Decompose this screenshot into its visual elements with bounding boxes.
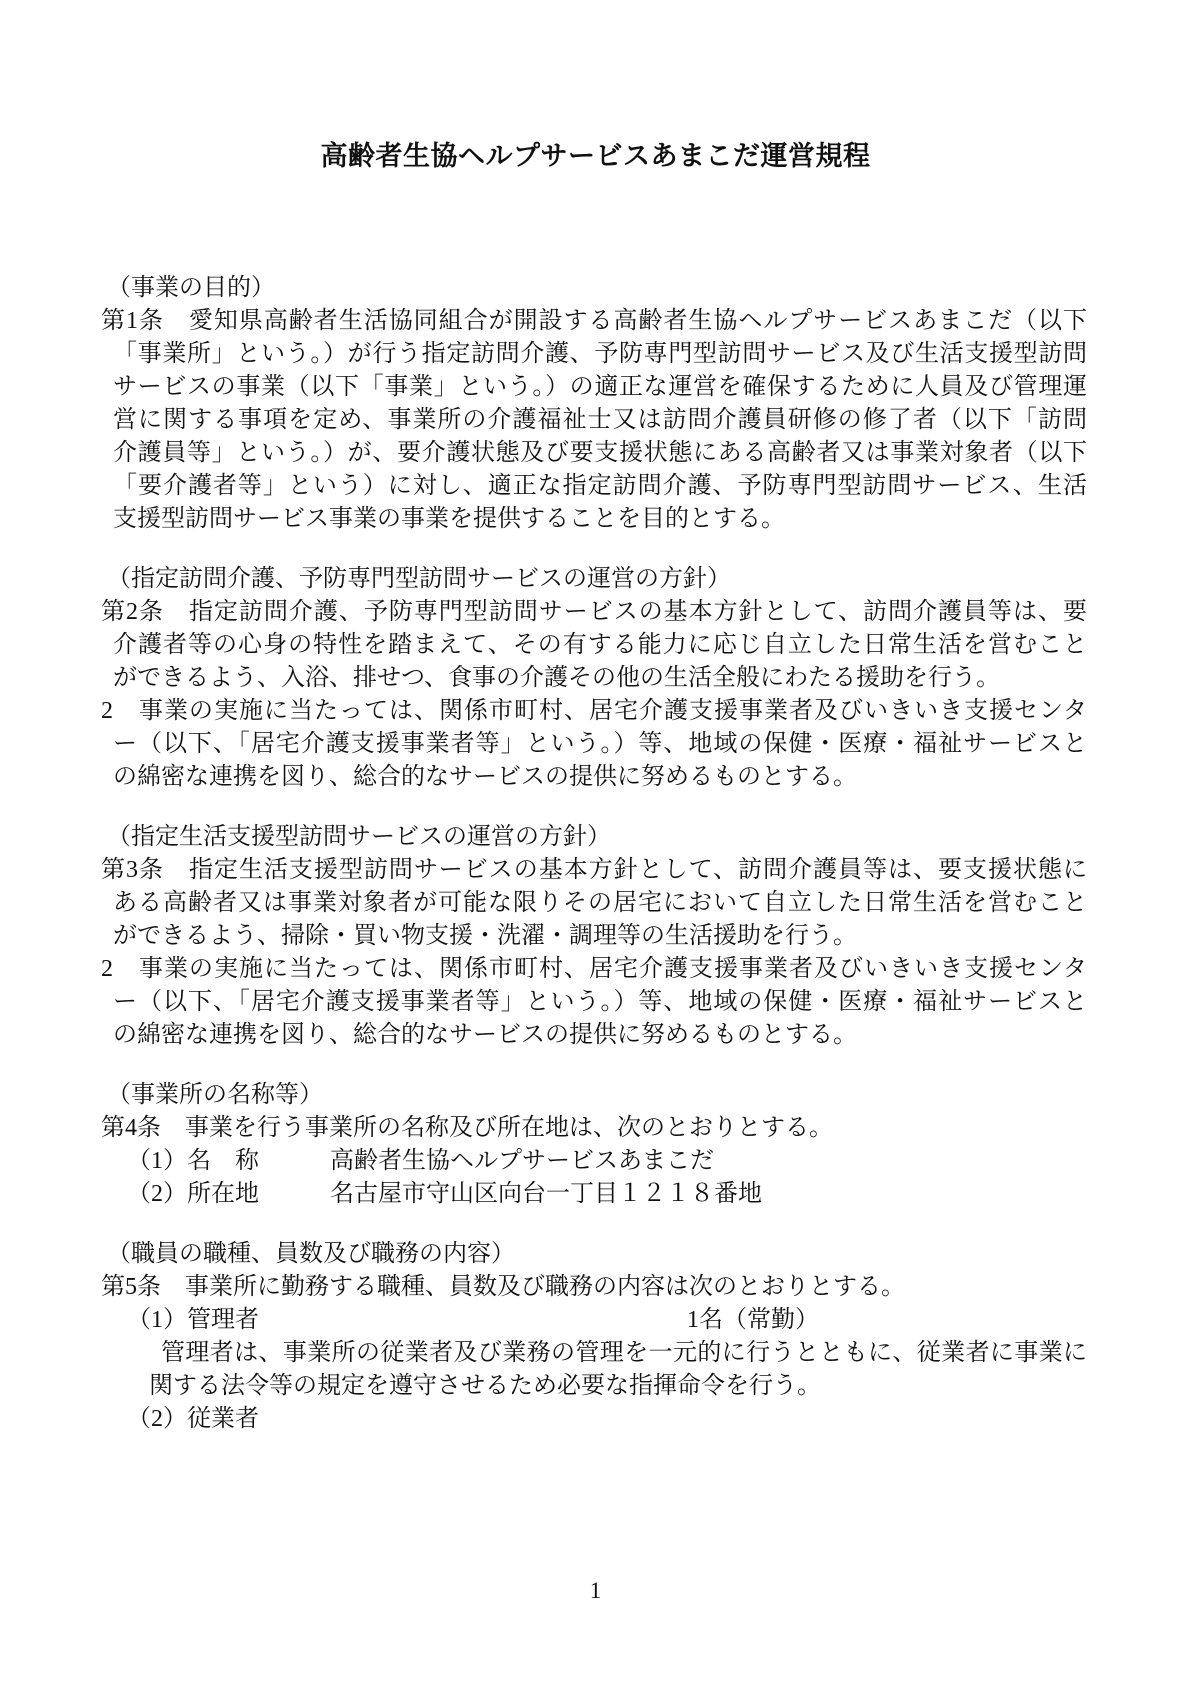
item-row: （1）名 称高齢者生協ヘルプサービスあまこだ xyxy=(127,1145,1087,1178)
section: （事業所の名称等）第4条 事業を行う事業所の名称及び所在地は、次のとおりとする。… xyxy=(101,1079,1087,1211)
item-row: （2）所在地名古屋市守山区向台一丁目１２１８番地 xyxy=(127,1178,1087,1211)
text-line: 管理者は、事業所の従業者及び業務の管理を一元的に行うとともに、従業者に事業に xyxy=(161,1337,1087,1370)
text-line: 第4条 事業を行う事業所の名称及び所在地は、次のとおりとする。 xyxy=(101,1112,1087,1145)
item-value: 1名（常勤） xyxy=(687,1307,819,1333)
section-heading: （事業所の名称等） xyxy=(107,1079,1087,1112)
text-line: 介護者等の心身の特性を踏まえて、その有する能力に応じ自立した日常生活を営むこと xyxy=(113,629,1087,662)
page-number: 1 xyxy=(0,1576,1191,1606)
text-line: 第3条 指定生活支援型訪問サービスの基本方針として、訪問介護員等は、要支援状態に xyxy=(101,854,1087,887)
text-line: 関する法令等の規定を遵守させるため必要な指揮命令を行う。 xyxy=(149,1370,1087,1403)
text-line: の綿密な連携を図り、総合的なサービスの提供に努めるものとする。 xyxy=(113,1019,1087,1052)
text-line: の綿密な連携を図り、総合的なサービスの提供に努めるものとする。 xyxy=(113,761,1087,794)
item-label: （1）管理者 xyxy=(127,1304,687,1337)
text-line: ー（以下、「居宅介護支援事業者等」という。）等、地域の保健・医療・福祉サービスと xyxy=(113,728,1087,761)
text-line: 2 事業の実施に当たっては、関係市町村、居宅介護支援事業者及びいきいき支援センタ xyxy=(101,953,1087,986)
text-line: 「要介護者等」という）に対し、適正な指定訪問介護、予防専門型訪問サービス、生活 xyxy=(113,470,1087,503)
document-title: 高齢者生協ヘルプサービスあまこだ運営規程 xyxy=(0,136,1191,176)
item-value: 名古屋市守山区向台一丁目１２１８番地 xyxy=(330,1181,762,1207)
text-line: 「事業所」という。）が行う指定訪問介護、予防専門型訪問サービス及び生活支援型訪問 xyxy=(113,338,1087,371)
text-line: ー（以下、「居宅介護支援事業者等」という。）等、地域の保健・医療・福祉サービスと xyxy=(113,986,1087,1019)
document-page: 高齢者生協ヘルプサービスあまこだ運営規程 （事業の目的）第1条 愛知県高齢者生活… xyxy=(0,0,1191,1684)
text-line: （2）従業者 xyxy=(127,1403,1087,1436)
text-line: ができるよう、掃除・買い物支援・洗濯・調理等の生活援助を行う。 xyxy=(113,920,1087,953)
section-heading: （指定訪問介護、予防専門型訪問サービスの運営の方針） xyxy=(107,563,1087,596)
section: （指定生活支援型訪問サービスの運営の方針）第3条 指定生活支援型訪問サービスの基… xyxy=(101,821,1087,1052)
item-value: 高齢者生協ヘルプサービスあまこだ xyxy=(330,1148,714,1174)
section-heading: （職員の職種、員数及び職務の内容） xyxy=(107,1238,1087,1271)
text-line: 介護員等」という。）が、要介護状態及び要支援状態にある高齢者又は事業対象者（以下 xyxy=(113,437,1087,470)
section-heading: （事業の目的） xyxy=(107,272,1087,305)
item-label: （1）名 称 xyxy=(127,1145,330,1178)
text-line: サービスの事業（以下「事業」という。）の適正な運営を確保するために人員及び管理運 xyxy=(113,371,1087,404)
section-heading: （指定生活支援型訪問サービスの運営の方針） xyxy=(107,821,1087,854)
text-line: 支援型訪問サービス事業の事業を提供することを目的とする。 xyxy=(113,503,1087,536)
text-line: ができるよう、入浴、排せつ、食事の介護その他の生活全般にわたる援助を行う。 xyxy=(113,662,1087,695)
text-line: 第5条 事業所に勤務する職種、員数及び職務の内容は次のとおりとする。 xyxy=(101,1271,1087,1304)
text-line: ある高齢者又は事業対象者が可能な限りその居宅において自立した日常生活を営むこと xyxy=(113,887,1087,920)
section: （指定訪問介護、予防専門型訪問サービスの運営の方針）第2条 指定訪問介護、予防専… xyxy=(101,563,1087,794)
document-body: （事業の目的）第1条 愛知県高齢者生活協同組合が開設する高齢者生協ヘルプサービス… xyxy=(101,272,1087,1436)
section: （事業の目的）第1条 愛知県高齢者生活協同組合が開設する高齢者生協ヘルプサービス… xyxy=(101,272,1087,536)
text-line: 第2条 指定訪問介護、予防専門型訪問サービスの基本方針として、訪問介護員等は、要 xyxy=(101,596,1087,629)
section: （職員の職種、員数及び職務の内容）第5条 事業所に勤務する職種、員数及び職務の内… xyxy=(101,1238,1087,1436)
item-row: （1）管理者1名（常勤） xyxy=(127,1304,1087,1337)
text-line: 第1条 愛知県高齢者生活協同組合が開設する高齢者生協ヘルプサービスあまこだ（以下 xyxy=(101,305,1087,338)
text-line: 2 事業の実施に当たっては、関係市町村、居宅介護支援事業者及びいきいき支援センタ xyxy=(101,695,1087,728)
text-line: 営に関する事項を定め、事業所の介護福祉士又は訪問介護員研修の修了者（以下「訪問 xyxy=(113,404,1087,437)
item-label: （2）所在地 xyxy=(127,1178,330,1211)
